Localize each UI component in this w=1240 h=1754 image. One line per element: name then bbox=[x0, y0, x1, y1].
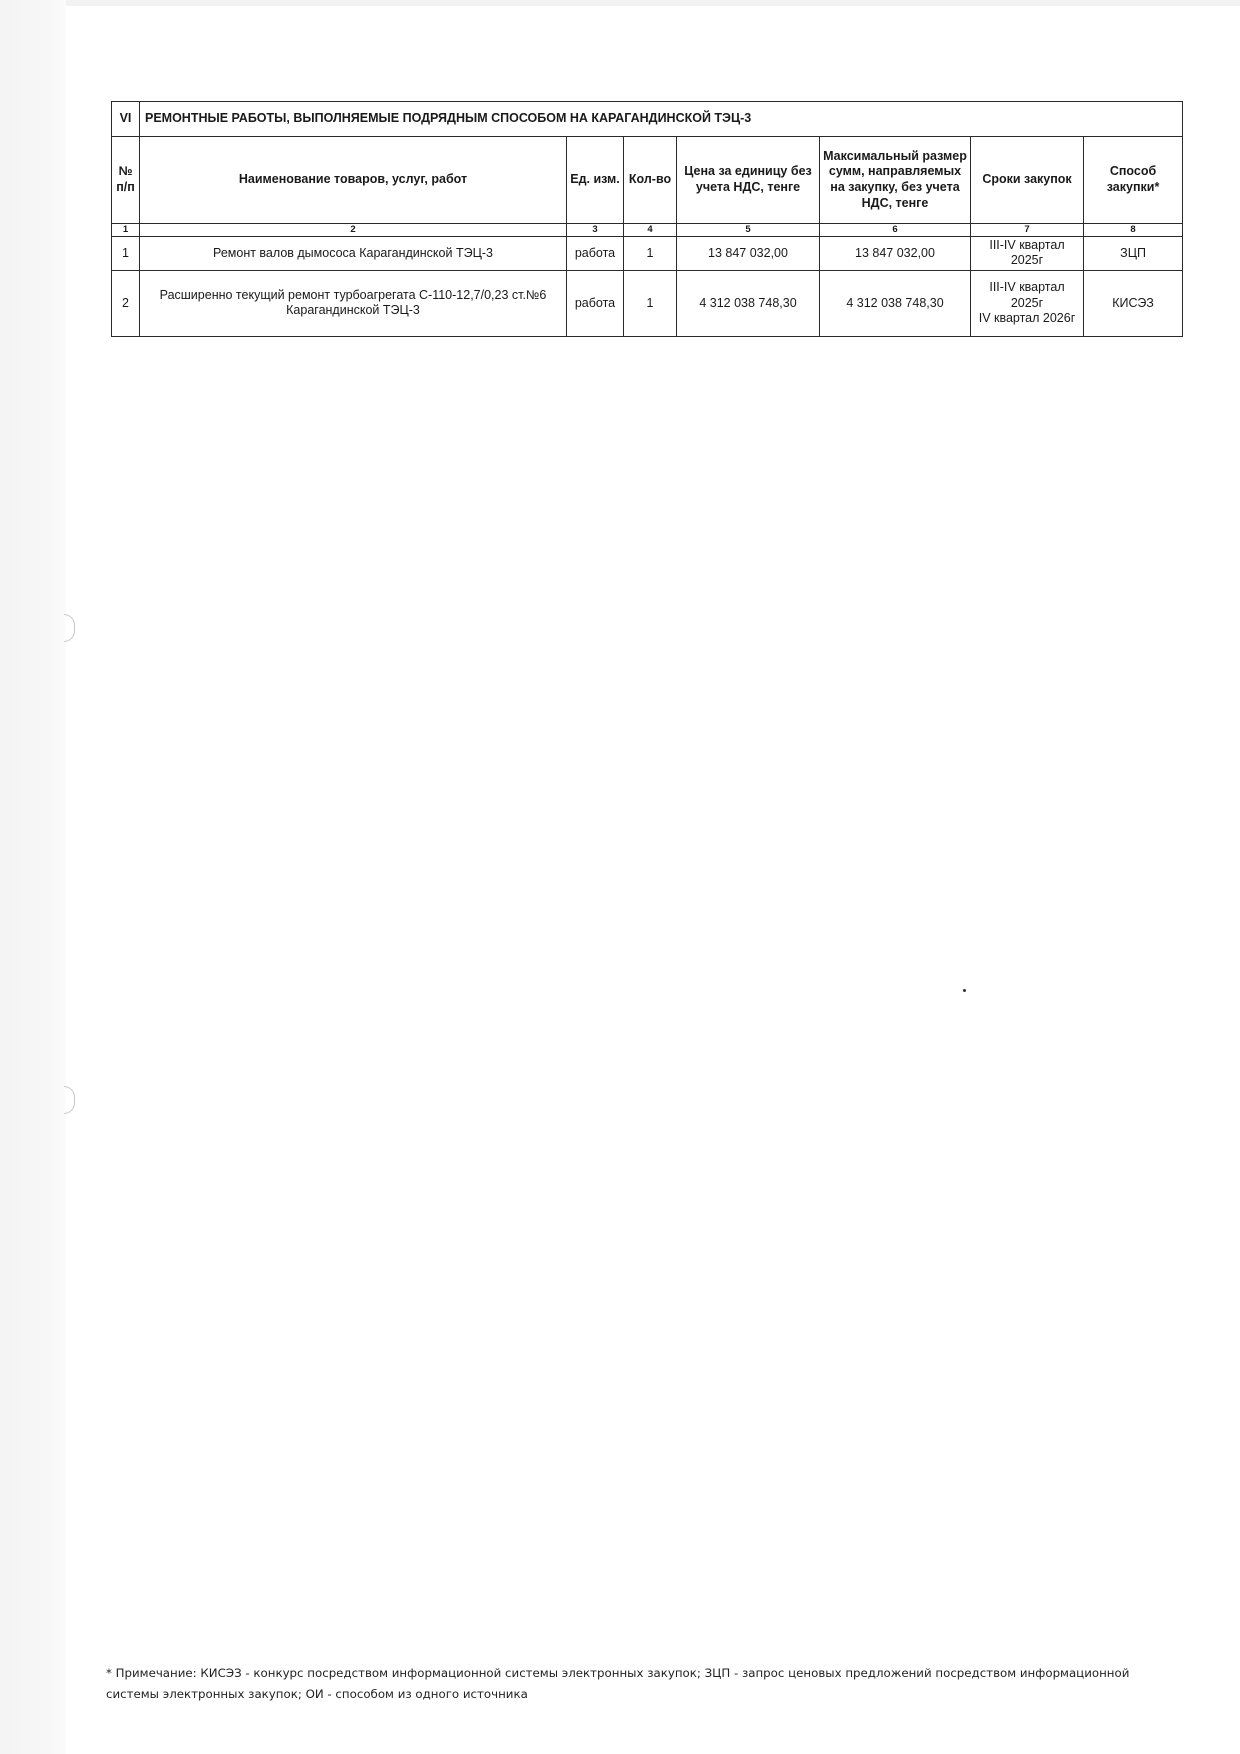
column-number: 1 bbox=[112, 224, 140, 237]
column-number: 3 bbox=[567, 224, 624, 237]
column-number-row: 1 2 3 4 5 6 7 8 bbox=[112, 224, 1183, 237]
row-max-amount: 13 847 032,00 bbox=[820, 236, 971, 270]
scan-margin bbox=[0, 0, 66, 1754]
timing-line: III-IV квартал bbox=[974, 238, 1080, 254]
timing-line: III-IV квартал bbox=[974, 280, 1080, 296]
header-max-amount: Максимальный размер сумм, направляемых н… bbox=[820, 137, 971, 224]
header-unit-price: Цена за единицу без учета НДС, тенге bbox=[677, 137, 820, 224]
row-method: КИСЭЗ bbox=[1084, 270, 1183, 336]
column-number: 8 bbox=[1084, 224, 1183, 237]
column-number: 4 bbox=[624, 224, 677, 237]
row-max-amount: 4 312 038 748,30 bbox=[820, 270, 971, 336]
timing-line: IV квартал 2026г bbox=[974, 311, 1080, 327]
column-number: 2 bbox=[140, 224, 567, 237]
header-qty: Кол-во bbox=[624, 137, 677, 224]
table-row: 2 Расширенно текущий ремонт турбоагрегат… bbox=[112, 270, 1183, 336]
header-method: Способ закупки* bbox=[1084, 137, 1183, 224]
header-row: № п/п Наименование товаров, услуг, работ… bbox=[112, 137, 1183, 224]
row-timing: III-IV квартал 2025г bbox=[971, 236, 1084, 270]
scan-speck bbox=[963, 989, 966, 992]
row-qty: 1 bbox=[624, 236, 677, 270]
section-title: РЕМОНТНЫЕ РАБОТЫ, ВЫПОЛНЯЕМЫЕ ПОДРЯДНЫМ … bbox=[140, 102, 1183, 137]
column-number: 5 bbox=[677, 224, 820, 237]
row-name: Ремонт валов дымососа Карагандинской ТЭЦ… bbox=[140, 236, 567, 270]
row-timing: III-IV квартал 2025г IV квартал 2026г bbox=[971, 270, 1084, 336]
header-timing: Сроки закупок bbox=[971, 137, 1084, 224]
header-num: № п/п bbox=[112, 137, 140, 224]
procurement-table: VI РЕМОНТНЫЕ РАБОТЫ, ВЫПОЛНЯЕМЫЕ ПОДРЯДН… bbox=[111, 101, 1183, 337]
row-name: Расширенно текущий ремонт турбоагрегата … bbox=[140, 270, 567, 336]
row-qty: 1 bbox=[624, 270, 677, 336]
row-unit-price: 4 312 038 748,30 bbox=[677, 270, 820, 336]
timing-line: 2025г bbox=[974, 296, 1080, 312]
column-number: 6 bbox=[820, 224, 971, 237]
section-number: VI bbox=[112, 102, 140, 137]
row-method: ЗЦП bbox=[1084, 236, 1183, 270]
row-num: 2 bbox=[112, 270, 140, 336]
header-name: Наименование товаров, услуг, работ bbox=[140, 137, 567, 224]
column-number: 7 bbox=[971, 224, 1084, 237]
header-unit: Ед. изм. bbox=[567, 137, 624, 224]
footnote: * Примечание: КИСЭЗ - конкурс посредство… bbox=[106, 1663, 1146, 1705]
punch-hole-mark bbox=[64, 614, 75, 642]
row-unit: работа bbox=[567, 270, 624, 336]
timing-line: 2025г bbox=[974, 253, 1080, 269]
row-unit: работа bbox=[567, 236, 624, 270]
table-row: 1 Ремонт валов дымососа Карагандинской Т… bbox=[112, 236, 1183, 270]
punch-hole-mark bbox=[64, 1086, 75, 1114]
section-title-row: VI РЕМОНТНЫЕ РАБОТЫ, ВЫПОЛНЯЕМЫЕ ПОДРЯДН… bbox=[112, 102, 1183, 137]
row-num: 1 bbox=[112, 236, 140, 270]
row-unit-price: 13 847 032,00 bbox=[677, 236, 820, 270]
scan-edge bbox=[0, 0, 1240, 6]
